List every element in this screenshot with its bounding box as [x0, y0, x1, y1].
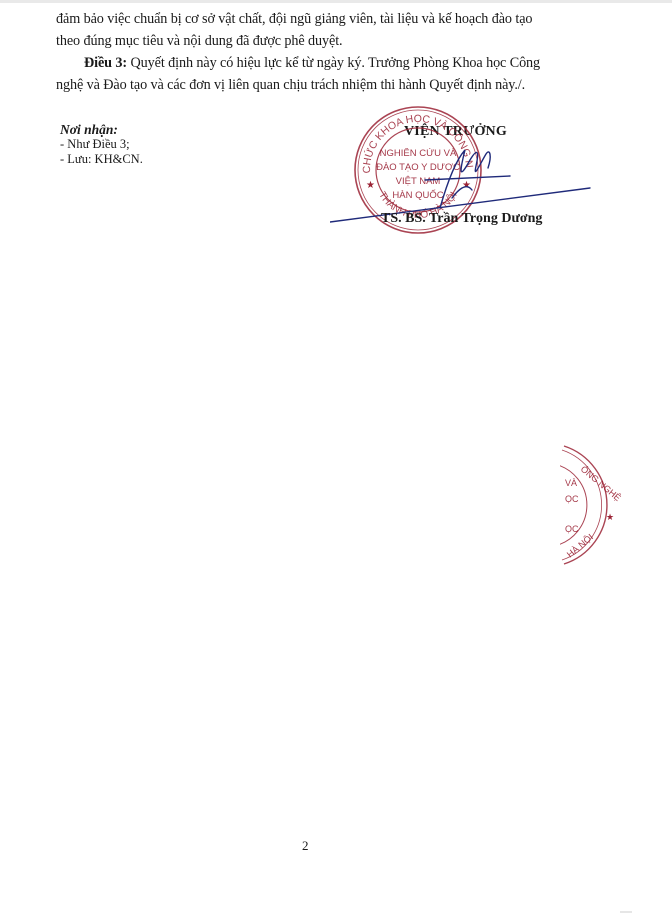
paragraph-line: theo đúng mục tiêu và nội dung đã được p…	[56, 30, 566, 52]
partial-stamp-icon: ÔNG NGHỆ VÀ ỌC ỌC HÀ NỘI ★	[560, 440, 630, 570]
signer-name: TS. BS. Trần Trọng Dương	[381, 211, 542, 227]
recipients-block: Nơi nhận: - Như Điều 3; - Lưu: KH&CN.	[60, 122, 143, 167]
svg-text:ỌC: ỌC	[565, 524, 579, 534]
recipients-heading: Nơi nhận:	[60, 122, 143, 137]
scan-artifact	[620, 911, 632, 913]
article-3: Điều 3: Quyết định này có hiệu lực kể từ…	[56, 52, 566, 96]
paragraph-continuation: đảm bảo việc chuẩn bị cơ sở vật chất, độ…	[56, 8, 566, 52]
svg-text:★: ★	[606, 512, 614, 522]
recipient-item: - Như Điều 3;	[60, 137, 143, 152]
article-3-text: Quyết định này có hiệu lực kể từ ngày ký…	[127, 55, 540, 71]
svg-text:HÀ NỘI: HÀ NỘI	[565, 532, 595, 560]
article-3-line-1: Điều 3: Quyết định này có hiệu lực kể từ…	[56, 52, 566, 74]
page-top-edge	[0, 0, 672, 3]
svg-text:ỌC: ỌC	[565, 494, 579, 504]
page-number: 2	[302, 838, 309, 854]
article-3-label: Điều 3:	[84, 55, 127, 71]
article-3-line-2: nghệ và Đào tạo và các đơn vị liên quan …	[56, 74, 566, 96]
paragraph-line: đảm bảo việc chuẩn bị cơ sở vật chất, độ…	[56, 8, 566, 30]
recipient-item: - Lưu: KH&CN.	[60, 152, 143, 167]
svg-text:VÀ: VÀ	[565, 478, 577, 488]
